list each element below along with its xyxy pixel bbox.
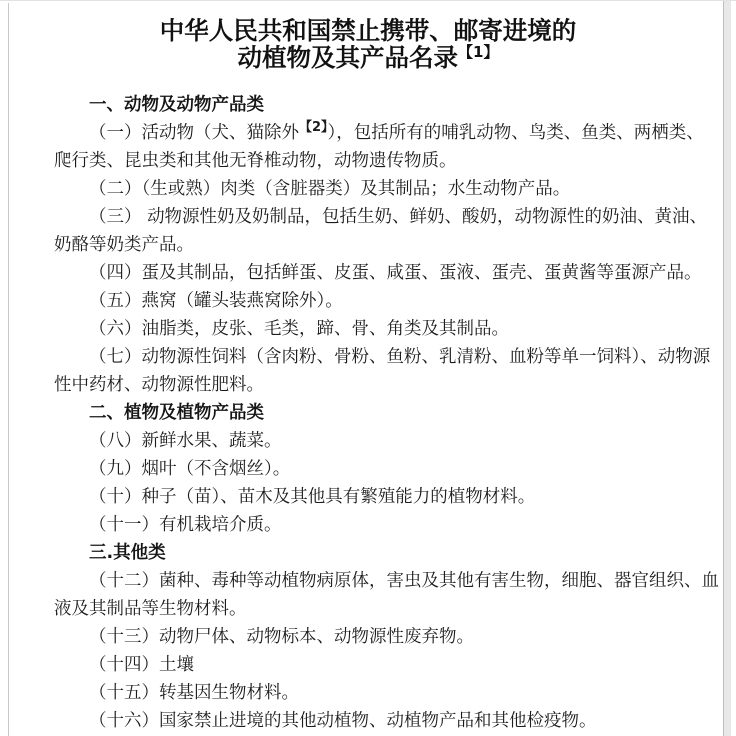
section-heading-others: 三.其他类 (54, 539, 719, 567)
item-2: （二）（生或熟）肉类（含脏器类）及其制品；水生动物产品。 (54, 175, 719, 203)
item-10: （十）种子（苗）、苗木及其他具有繁殖能力的植物材料。 (54, 483, 719, 511)
item-1: （一）活动物（犬、猫除外【2】），包括所有的哺乳动物、鸟类、鱼类、两栖类、爬行类… (54, 119, 719, 175)
item-15: （十五）转基因生物材料。 (54, 679, 719, 707)
footnote-ref-1: 【1】 (458, 43, 498, 61)
item-16: （十六）国家禁止进境的其他动植物、动植物产品和其他检疫物。 (54, 707, 719, 735)
item-9: （九）烟叶（不含烟丝）。 (54, 455, 719, 483)
document-content: 中华人民共和国禁止携带、邮寄进境的 动植物及其产品名录【1】 一、动物及动物产品… (0, 1, 722, 735)
footnote-ref-2: 【2】 (299, 120, 328, 135)
document-body: 一、动物及动物产品类 （一）活动物（犬、猫除外【2】），包括所有的哺乳动物、鸟类… (54, 91, 719, 735)
title-line-2-text: 动植物及其产品名录 (238, 43, 459, 72)
item-13: （十三）动物尸体、动物标本、动物源性废弃物。 (54, 623, 719, 651)
section-heading-animals: 一、动物及动物产品类 (54, 91, 719, 119)
item-1-text-pre: （一）活动物（犬、猫除外 (89, 123, 299, 143)
document-title: 中华人民共和国禁止携带、邮寄进境的 动植物及其产品名录【1】 (0, 17, 722, 71)
title-line-1: 中华人民共和国禁止携带、邮寄进境的 (14, 17, 722, 44)
item-14: （十四）土壤 (54, 651, 719, 679)
item-6: （六）油脂类，皮张、毛类，蹄、骨、角类及其制品。 (54, 315, 719, 343)
document-page: 中华人民共和国禁止携带、邮寄进境的 动植物及其产品名录【1】 一、动物及动物产品… (0, 0, 736, 736)
item-11: （十一）有机栽培介质。 (54, 511, 719, 539)
item-12: （十二）菌种、毒种等动植物病原体，害虫及其他有害生物，细胞、器官组织、血液及其制… (54, 567, 719, 623)
item-5: （五）燕窝（罐头装燕窝除外）。 (54, 287, 719, 315)
scrollbar-track[interactable] (723, 1, 731, 736)
item-8: （八）新鲜水果、蔬菜。 (54, 427, 719, 455)
title-line-2: 动植物及其产品名录【1】 (14, 44, 722, 71)
item-3: （三） 动物源性奶及奶制品，包括生奶、鲜奶、酸奶，动物源性的奶油、黄油、奶酪等奶… (54, 203, 719, 259)
item-4: （四）蛋及其制品，包括鲜蛋、皮蛋、咸蛋、蛋液、蛋壳、蛋黄酱等蛋源产品。 (54, 259, 719, 287)
item-7: （七）动物源性饲料（含肉粉、骨粉、鱼粉、乳清粉、血粉等单一饲料）、动物源性中药材… (54, 343, 719, 399)
section-heading-plants: 二、植物及植物产品类 (54, 399, 719, 427)
